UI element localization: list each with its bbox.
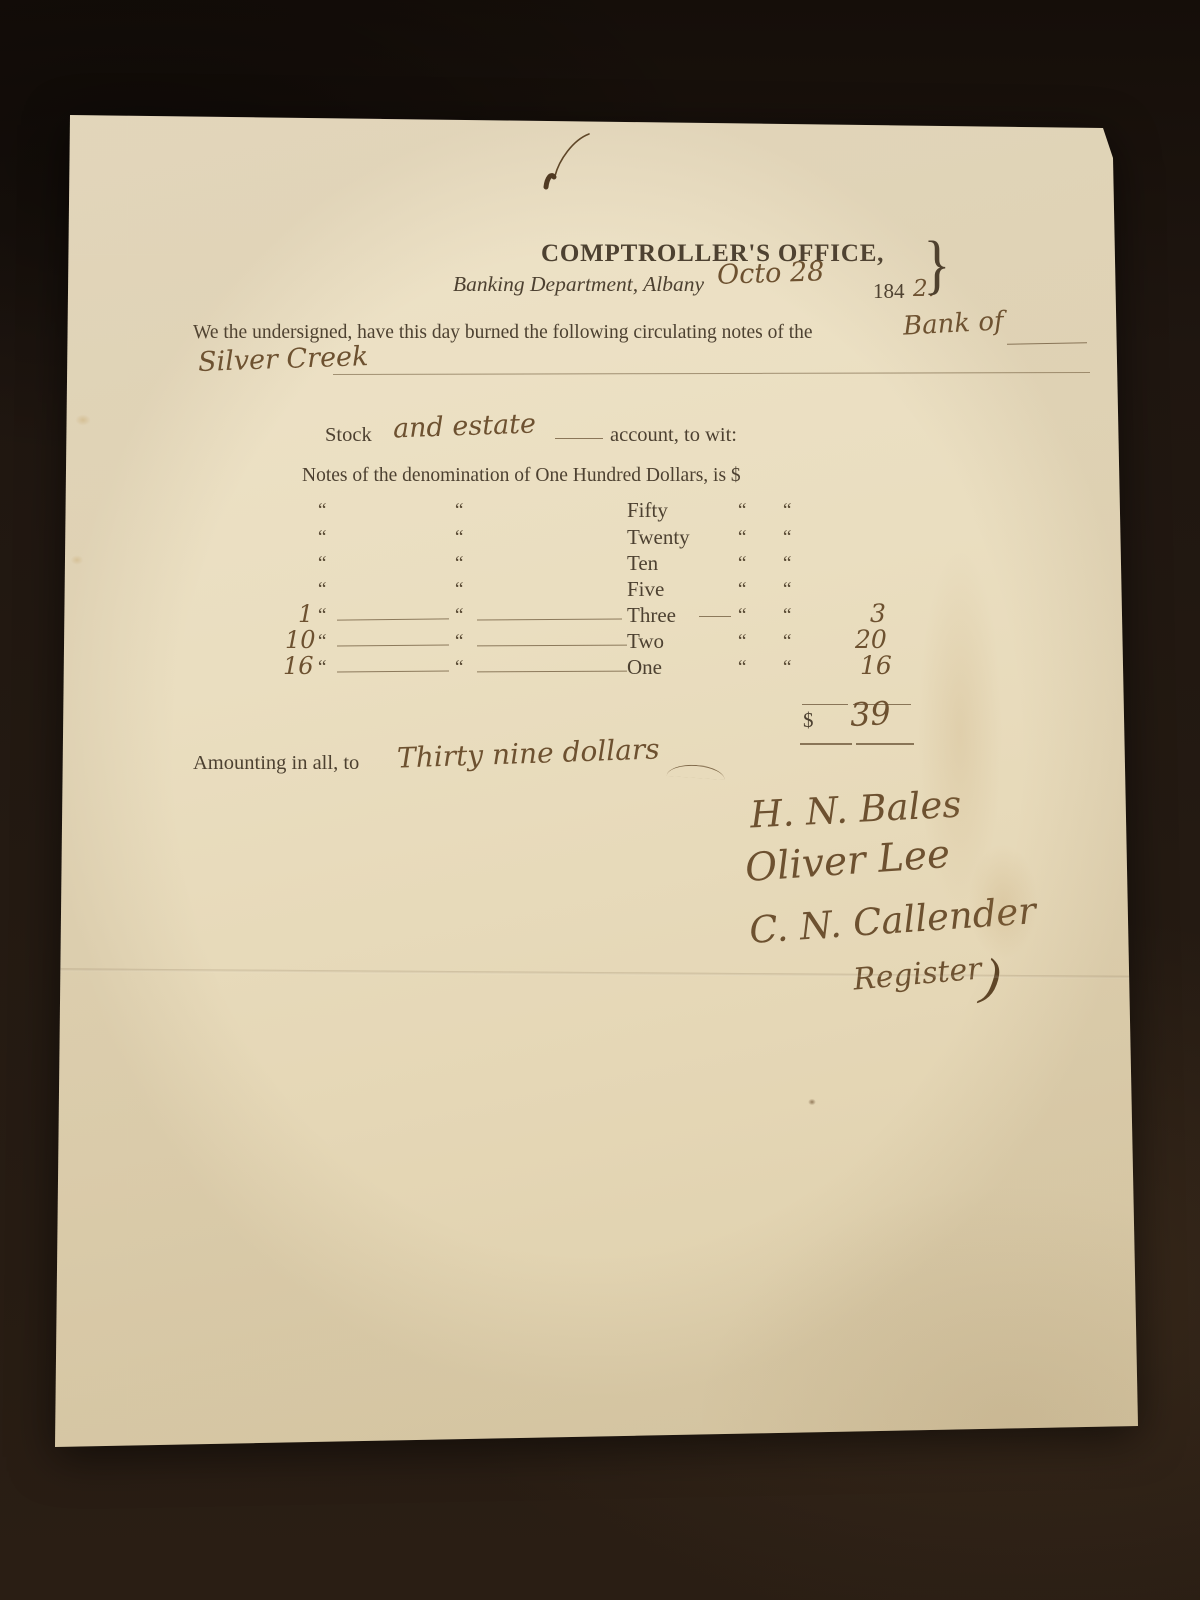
table-row: “ “ Twenty “ “: [55, 525, 1140, 552]
table-row: 1 “ “ Three “ “ 3: [55, 603, 1140, 630]
total-rule-bottom: [856, 743, 914, 745]
blank-rule: [477, 618, 622, 620]
ditto-mark: “: [783, 579, 789, 601]
ditto-mark: “: [318, 605, 324, 627]
bank-name-handwritten: Silver Creek: [198, 341, 369, 378]
denomination-label: Five: [627, 577, 664, 602]
document-paper: COMPTROLLER'S OFFICE, Banking Department…: [55, 112, 1140, 1450]
department-line: Banking Department, Albany: [453, 272, 704, 297]
checkmark-icon: [533, 124, 597, 200]
bank-of-underline: [1007, 342, 1087, 344]
stock-handwritten: and estate: [393, 409, 537, 445]
amounting-label: Amounting in all, to: [193, 752, 359, 775]
table-row: 10 “ “ Two “ “ 20: [55, 629, 1140, 656]
ditto-mark: “: [318, 527, 324, 549]
blank-rule: [337, 645, 449, 647]
table-row: “ “ Five “ “: [55, 577, 1140, 604]
ditto-mark: “: [318, 500, 324, 522]
ditto-mark: “: [783, 553, 789, 575]
ditto-mark: “: [738, 657, 744, 679]
stock-label: Stock: [325, 424, 372, 447]
table-row: “ “ Ten “ “: [55, 551, 1140, 578]
paper-shadow: COMPTROLLER'S OFFICE, Banking Department…: [0, 0, 1200, 1600]
blank-rule: [477, 671, 627, 673]
signature: H. N. Bales: [749, 783, 962, 837]
total-rule-top: [802, 704, 848, 705]
denomination-label: Ten: [627, 551, 658, 576]
ditto-mark: “: [455, 527, 461, 549]
denomination-label: Three: [627, 603, 676, 628]
ditto-mark: “: [455, 579, 461, 601]
denomination-label: Fifty: [627, 498, 668, 523]
notes-denomination-line: Notes of the denomination of One Hundred…: [302, 465, 741, 487]
ditto-mark: “: [455, 553, 461, 575]
ditto-mark: “: [783, 605, 789, 627]
ditto-mark: “: [738, 553, 744, 575]
ditto-mark: “: [783, 657, 789, 679]
signature: Oliver Lee: [744, 832, 952, 891]
table-row: 16 “ “ One “ “ 16: [55, 655, 1140, 682]
quantity-handwritten: 16: [283, 652, 314, 680]
year-printed: 184: [873, 279, 905, 304]
bank-name-rule: [333, 372, 1090, 375]
photo-background: COMPTROLLER'S OFFICE, Banking Department…: [0, 0, 1200, 1600]
blank-rule: [477, 645, 627, 647]
blank-rule: [337, 671, 449, 673]
header-brace: }: [923, 232, 950, 298]
denomination-label: Twenty: [627, 525, 690, 550]
ditto-mark: “: [738, 500, 744, 522]
ditto-mark: “: [738, 527, 744, 549]
date-handwritten: Octo 28: [716, 256, 824, 291]
table-row: “ “ Fifty “ “: [55, 498, 1140, 525]
flourish-line: [667, 763, 726, 780]
ditto-mark: “: [318, 579, 324, 601]
signature: C. N. Callender: [748, 889, 1037, 952]
amount-handwritten: 20: [855, 625, 887, 654]
ditto-mark: “: [738, 605, 744, 627]
ditto-mark: “: [738, 579, 744, 601]
blank-rule: [337, 618, 449, 620]
ditto-mark: “: [738, 631, 744, 653]
amount-handwritten: 16: [860, 651, 892, 680]
ditto-mark: “: [318, 553, 324, 575]
total-currency: $: [803, 708, 814, 733]
total-rule-bottom: [800, 743, 852, 745]
intro-line: We the undersigned, have this day burned…: [193, 322, 813, 344]
total-amount-handwritten: 39: [849, 694, 892, 734]
ditto-mark: “: [783, 631, 789, 653]
dash-rule: [699, 616, 731, 617]
ditto-mark: “: [318, 657, 324, 679]
account-label: account, to wit:: [610, 424, 737, 447]
ditto-mark: “: [455, 500, 461, 522]
ditto-mark: “: [318, 631, 324, 653]
stock-dash: [555, 438, 603, 439]
ditto-mark: “: [783, 527, 789, 549]
ditto-mark: “: [455, 657, 461, 679]
quantity-handwritten: 1: [298, 600, 313, 628]
ditto-mark: “: [455, 631, 461, 653]
denomination-label: One: [627, 655, 662, 680]
office-title: COMPTROLLER'S OFFICE,: [541, 240, 884, 268]
amount-words-handwritten: Thirty nine dollars: [397, 732, 661, 774]
ditto-mark: “: [455, 605, 461, 627]
amount-handwritten: 3: [870, 599, 886, 628]
bank-of-handwritten: Bank of: [902, 306, 1004, 341]
quantity-handwritten: 10: [285, 626, 316, 654]
ditto-mark: “: [783, 500, 789, 522]
denomination-label: Two: [627, 629, 664, 654]
